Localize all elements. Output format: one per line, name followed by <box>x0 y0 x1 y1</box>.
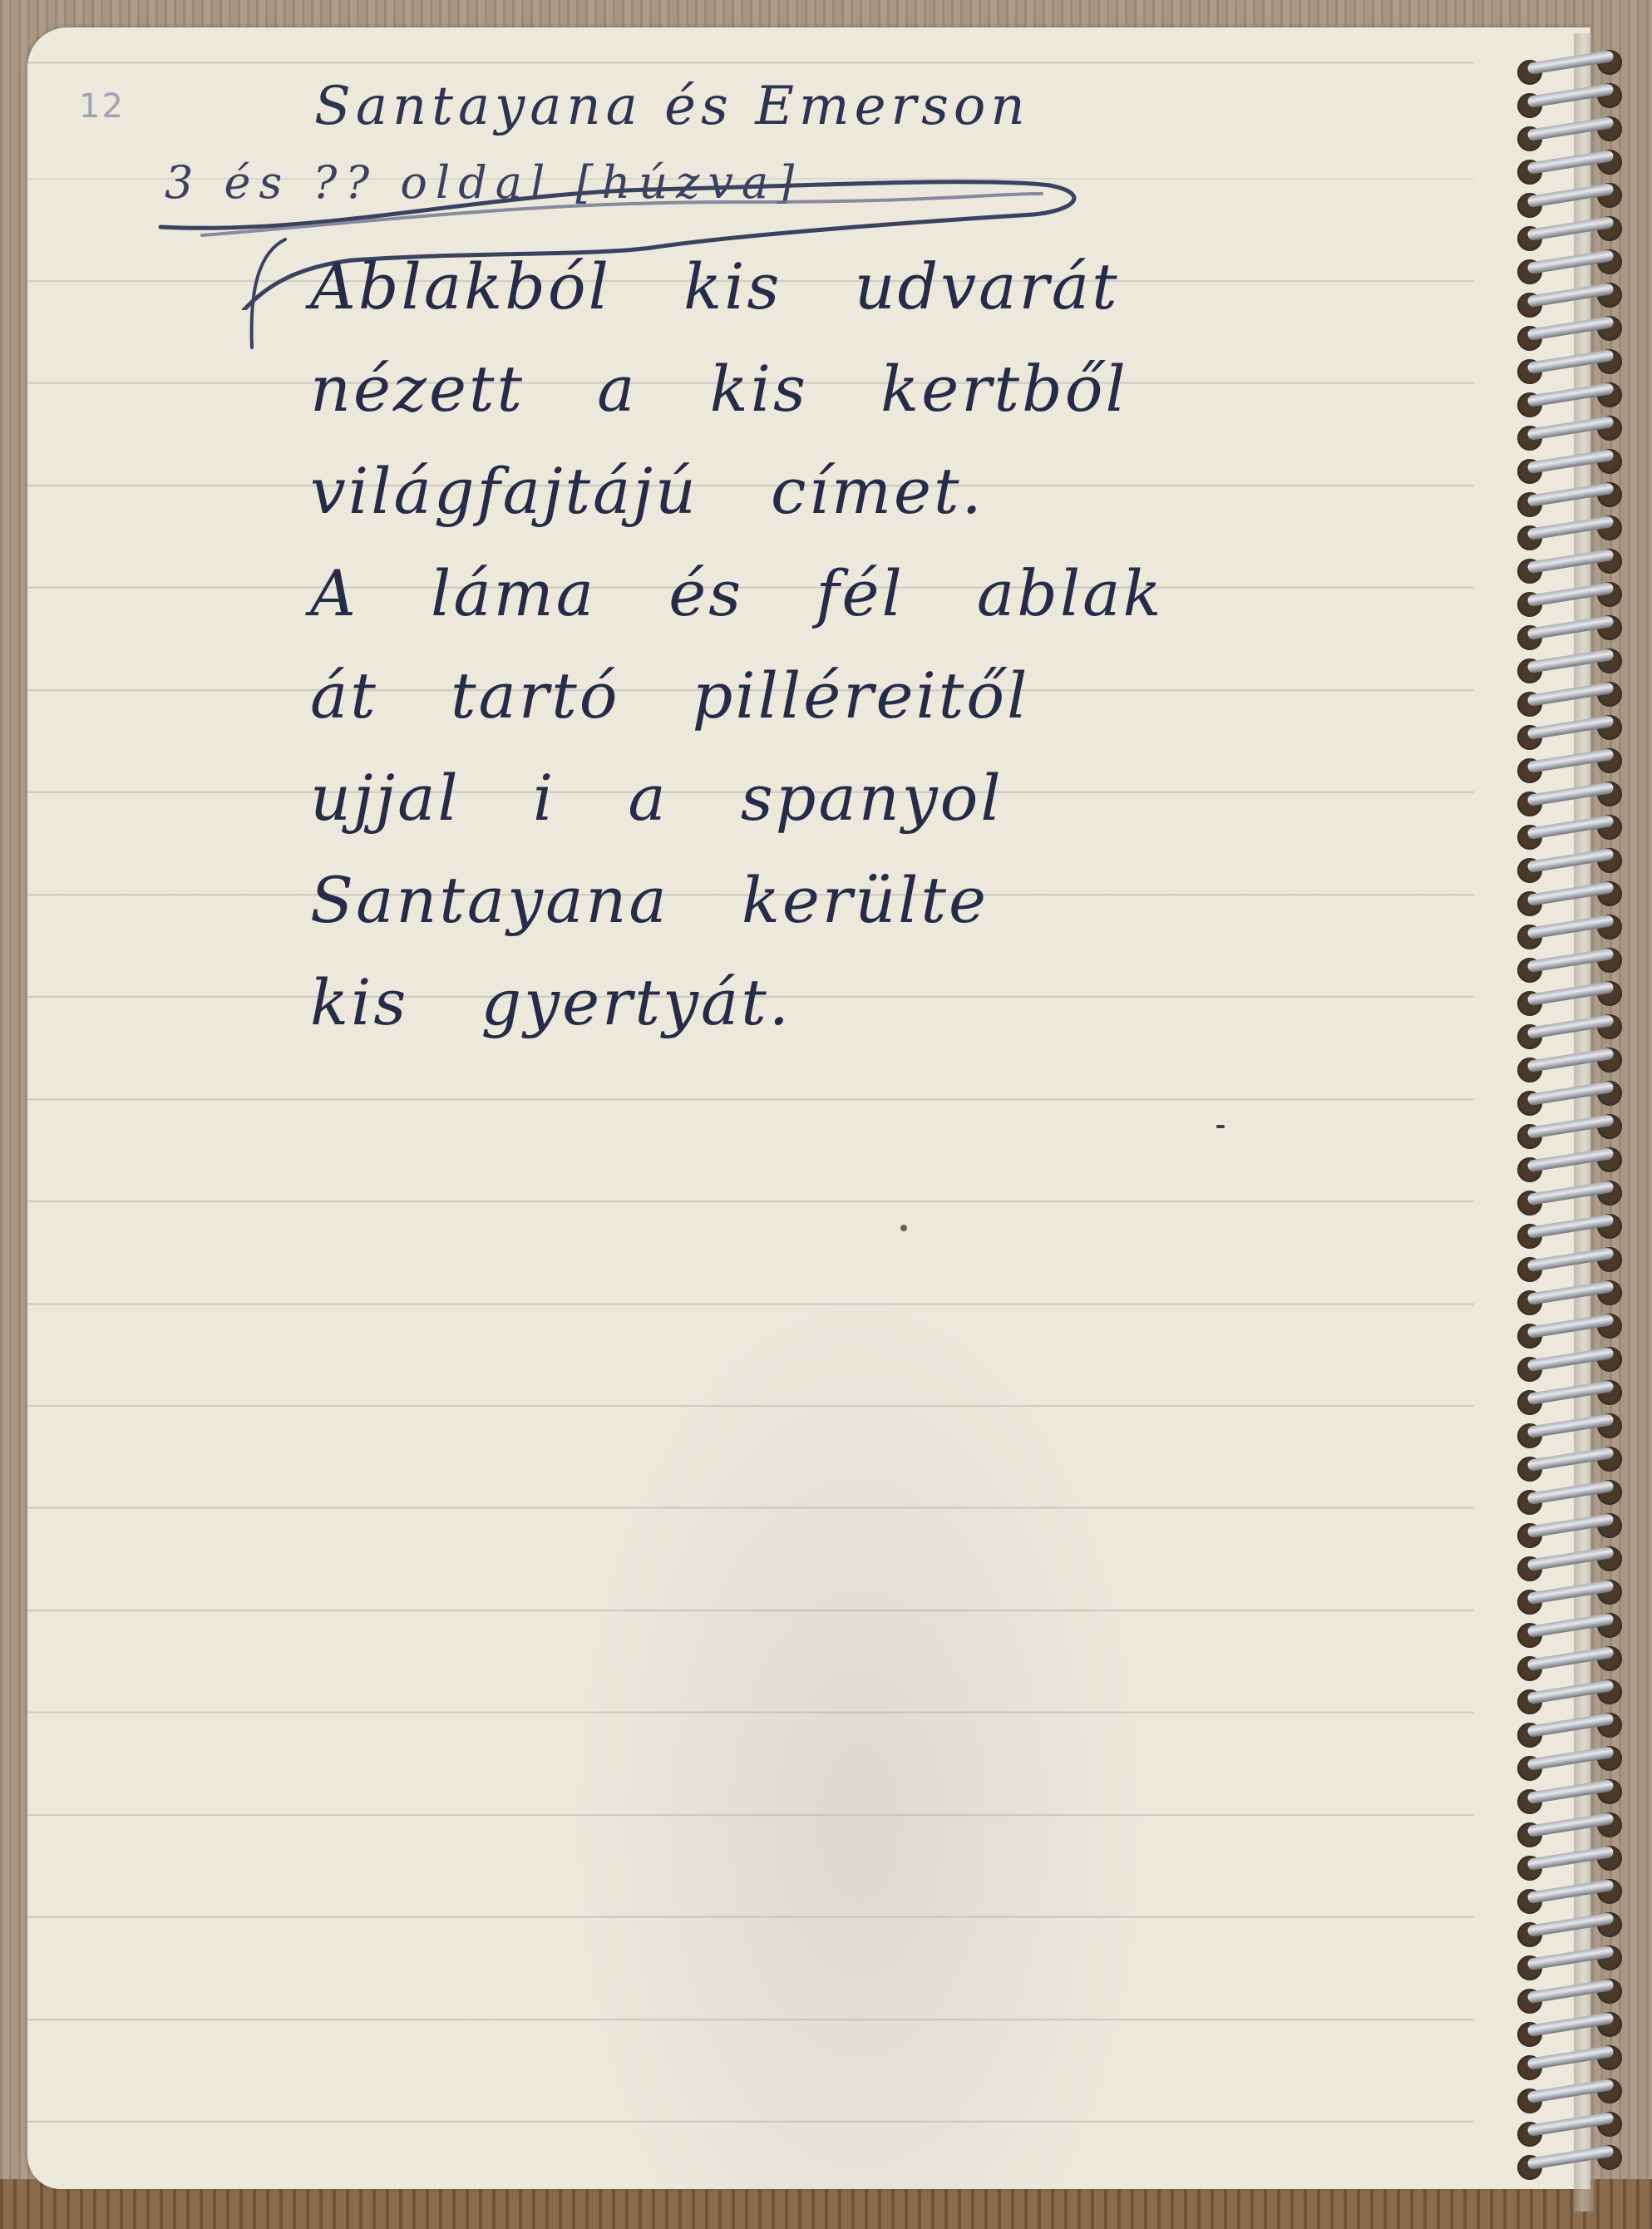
spiral-coil <box>1511 1280 1627 1315</box>
handwritten-line: A láma és fél ablak <box>310 542 1433 644</box>
handwritten-line: világfajtájú címet. <box>310 440 1433 542</box>
spiral-coil <box>1511 1746 1627 1781</box>
spiral-coil <box>1511 1181 1627 1216</box>
spiral-coil <box>1511 482 1627 517</box>
handwritten-body: Ablakból kis udvarát nézett a kis kertbő… <box>310 235 1433 1053</box>
handwritten-line: át tartó pilléreitől <box>310 644 1433 747</box>
spiral-coil <box>1511 582 1627 617</box>
spiral-coil <box>1511 1380 1627 1415</box>
handwritten-line: Santayana kerülte <box>310 849 1433 951</box>
spiral-coil <box>1511 449 1627 484</box>
spiral-coil <box>1511 682 1627 717</box>
spiral-binding <box>1511 50 1627 2212</box>
spiral-coil <box>1511 848 1627 883</box>
spiral-coil <box>1511 83 1627 118</box>
spiral-coil <box>1511 1679 1627 1714</box>
spiral-coil <box>1511 1513 1627 1548</box>
spiral-coil <box>1511 1713 1627 1748</box>
spiral-coil <box>1511 1979 1627 2014</box>
spiral-coil <box>1511 216 1627 251</box>
spiral-coil <box>1511 1846 1627 1881</box>
spiral-coil <box>1511 549 1627 584</box>
spiral-coil <box>1511 1447 1627 1482</box>
spiral-coil <box>1511 1779 1627 1814</box>
spiral-coil <box>1511 1480 1627 1515</box>
spiral-coil <box>1511 249 1627 284</box>
spiral-coil <box>1511 1646 1627 1681</box>
spiral-coil <box>1511 715 1627 750</box>
spiral-coil <box>1511 283 1627 318</box>
spiral-coil <box>1511 1912 1627 1947</box>
spiral-coil <box>1511 1945 1627 1980</box>
spiral-coil <box>1511 2145 1627 2180</box>
spiral-coil <box>1511 815 1627 850</box>
spiral-coil <box>1511 1613 1627 1648</box>
spiral-coil <box>1511 382 1627 417</box>
spiral-coil <box>1511 1014 1627 1049</box>
spiral-coil <box>1511 183 1627 218</box>
handwritten-line: kis gyertyát. <box>310 951 1433 1053</box>
spiral-coil <box>1511 881 1627 916</box>
handwritten-line: nézett a kis kertből <box>310 338 1433 440</box>
spiral-coil <box>1511 615 1627 650</box>
spiral-coil <box>1511 515 1627 550</box>
page-title: Santayana és Emerson <box>314 76 1030 137</box>
spiral-coil <box>1511 648 1627 683</box>
spiral-coil <box>1511 2079 1627 2113</box>
spiral-coil <box>1511 1812 1627 1847</box>
spiral-coil <box>1511 2045 1627 2080</box>
spiral-coil <box>1511 2012 1627 2047</box>
handwritten-line: ujjal i a spanyol <box>310 747 1433 849</box>
struck-through-line: 3 és ?? oldal [húzva] <box>165 156 802 209</box>
spiral-coil <box>1511 1580 1627 1615</box>
spiral-coil <box>1511 1114 1627 1149</box>
page-number: 12 <box>79 87 125 126</box>
spiral-coil <box>1511 1214 1627 1249</box>
notebook-page: 12 Santayana és Emerson 3 és ?? oldal [h… <box>27 27 1590 2189</box>
spiral-coil <box>1511 748 1627 783</box>
spiral-coil <box>1511 349 1627 384</box>
spiral-coil <box>1511 50 1627 85</box>
spiral-coil <box>1511 1048 1627 1082</box>
spiral-coil <box>1511 1879 1627 1914</box>
spiral-coil <box>1511 1147 1627 1182</box>
ink-mark <box>900 1225 907 1231</box>
spiral-coil <box>1511 782 1627 816</box>
handwritten-line: Ablakból kis udvarát <box>310 235 1433 338</box>
spiral-coil <box>1511 1081 1627 1116</box>
spiral-coil <box>1511 416 1627 451</box>
spiral-coil <box>1511 915 1627 949</box>
spiral-coil <box>1511 948 1627 983</box>
spiral-coil <box>1511 981 1627 1016</box>
spiral-coil <box>1511 2112 1627 2147</box>
spiral-coil <box>1511 150 1627 185</box>
spiral-coil <box>1511 1314 1627 1349</box>
ink-mark <box>1216 1125 1225 1128</box>
spiral-coil <box>1511 1347 1627 1382</box>
spiral-coil <box>1511 1546 1627 1581</box>
spiral-coil <box>1511 316 1627 351</box>
spiral-coil <box>1511 116 1627 151</box>
spiral-coil <box>1511 1413 1627 1448</box>
spiral-coil <box>1511 1247 1627 1282</box>
